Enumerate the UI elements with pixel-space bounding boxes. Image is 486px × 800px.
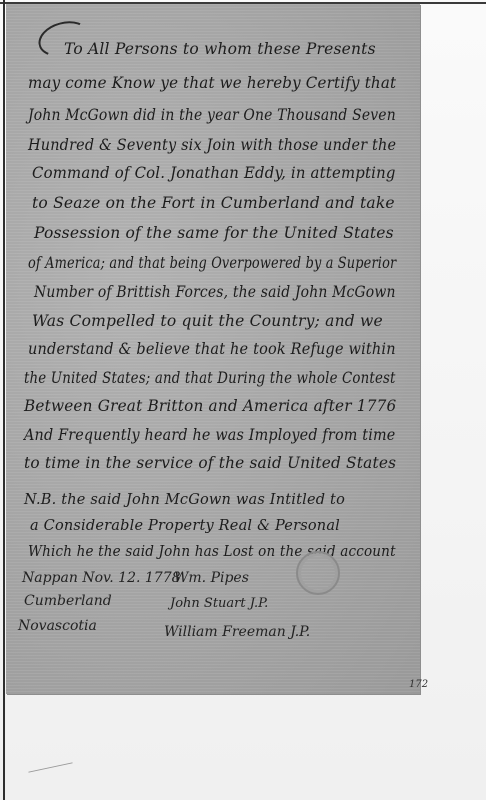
body-line-13: Between Great Britton and America after … [24, 397, 396, 415]
place-date-line-1: Nappan Nov. 12. 1778 [22, 570, 181, 586]
archive-stamp-seal [296, 551, 340, 595]
body-line-9: Number of Brittish Forces, the said John… [34, 283, 396, 301]
body-line-1: To All Persons to whom these Presents [64, 40, 376, 58]
folio-number: 172 [409, 679, 428, 690]
place-date-line-2: Cumberland [24, 593, 112, 609]
scan-left-edge [3, 0, 5, 800]
body-line-6: to Seaze on the Fort in Cumberland and t… [32, 194, 395, 212]
body-line-3: John McGown did in the year One Thousand… [28, 106, 396, 124]
place-date-line-3: Novascotia [18, 618, 97, 634]
body-line-15: to time in the service of the said Unite… [24, 454, 396, 472]
note-line-2: a Considerable Property Real & Personal [30, 518, 340, 534]
body-line-12: the United States; and that During the w… [24, 369, 396, 387]
body-line-4: Hundred & Seventy six Join with those un… [28, 136, 396, 154]
body-line-7: Possession of the same for the United St… [34, 224, 394, 242]
manuscript-page: To All Persons to whom these Presents ma… [6, 4, 420, 694]
body-line-11: understand & believe that he took Refuge… [28, 340, 396, 358]
signature-2: John Stuart J.P. [170, 596, 268, 611]
body-line-8: of America; and that being Overpowered b… [28, 254, 396, 272]
body-line-5: Command of Col. Jonathan Eddy, in attemp… [32, 164, 396, 182]
signature-1: Wm. Pipes [174, 570, 249, 586]
body-line-10: Was Compelled to quit the Country; and w… [32, 312, 383, 330]
signature-3: William Freeman J.P. [164, 624, 310, 640]
note-line-3: Which he the said John has Lost on the s… [28, 544, 396, 560]
body-line-14: And Frequently heard he was Imployed fro… [24, 426, 395, 444]
body-line-2: may come Know ye that we hereby Certify … [28, 74, 396, 92]
note-line-1: N.B. the said John McGown was Intitled t… [24, 492, 345, 508]
